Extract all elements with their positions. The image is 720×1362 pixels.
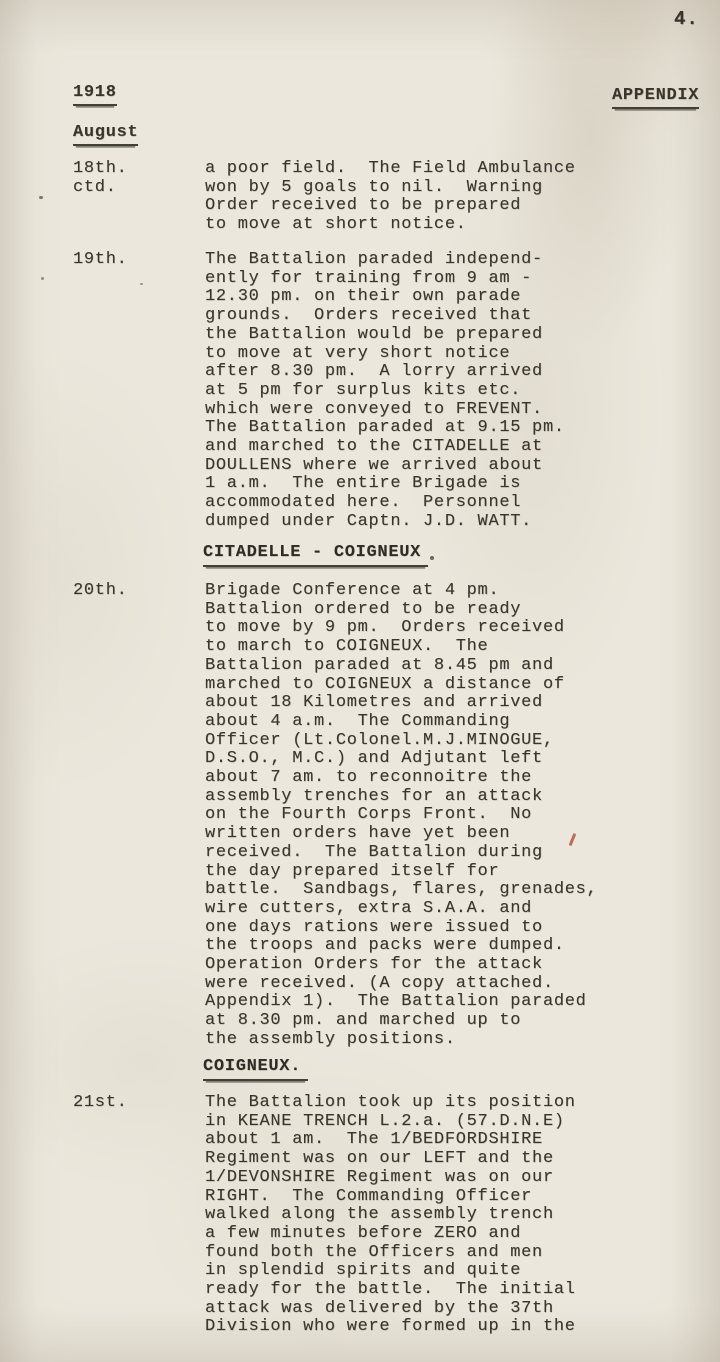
body-line: walked along the assembly trench [205, 1206, 576, 1225]
body-line: on the Fourth Corps Front. No [205, 806, 597, 825]
body-line: assembly trenches for an attack [205, 788, 597, 807]
appendix-heading-text: APPENDIX [612, 87, 699, 109]
body-line: The Battalion paraded independ- [205, 251, 565, 270]
body-line: which were conveyed to FREVENT. [205, 401, 565, 420]
body-line: Appendix 1). The Battalion paraded [205, 993, 597, 1012]
entry-body: The Battalion took up its positionin KEA… [205, 1094, 576, 1337]
body-line: DOULLENS where we arrived about [205, 457, 565, 476]
body-line: written orders have yet been [205, 825, 597, 844]
body-line: The Battalion took up its position [205, 1094, 576, 1113]
body-line: after 8.30 pm. A lorry arrived [205, 363, 565, 382]
body-line: and marched to the CITADELLE at [205, 438, 565, 457]
year-heading-text: 1918 [73, 84, 117, 106]
ink-speck-artifact [39, 196, 43, 199]
body-line: Battalion ordered to be ready [205, 601, 597, 620]
month-heading-text: August [73, 124, 138, 146]
entry-body: a poor field. The Field Ambulancewon by … [205, 160, 576, 235]
body-line: Division who were formed up in the [205, 1318, 576, 1337]
body-line: 1 a.m. The entire Brigade is [205, 475, 565, 494]
body-line: Brigade Conference at 4 pm. [205, 582, 597, 601]
body-line: to move at short notice. [205, 216, 576, 235]
section-heading-text: CITADELLE - COIGNEUX [203, 544, 428, 567]
entry-date: 19th. [73, 251, 128, 270]
body-line: the Battalion would be prepared [205, 326, 565, 345]
body-line: found both the Officers and men [205, 1244, 576, 1263]
entry-date: 18th.ctd. [73, 160, 128, 197]
ink-speck-artifact [140, 283, 143, 285]
body-line: one days rations were issued to [205, 919, 597, 938]
entry-date-line: 19th. [73, 251, 128, 270]
body-line: at 8.30 pm. and marched up to [205, 1012, 597, 1031]
entry-body: Brigade Conference at 4 pm.Battalion ord… [205, 582, 597, 1050]
body-line: battle. Sandbags, flares, grenades, [205, 881, 597, 900]
body-line: to march to COIGNEUX. The [205, 638, 597, 657]
body-line: attack was delivered by the 37th [205, 1300, 576, 1319]
body-line: D.S.O., M.C.) and Adjutant left [205, 750, 597, 769]
page-number: 4. [674, 10, 699, 29]
body-line: marched to COIGNEUX a distance of [205, 676, 597, 695]
body-line: 12.30 pm. on their own parade [205, 288, 565, 307]
document-page: 4. 1918 APPENDIX August 18th.ctd.a poor … [0, 0, 720, 1362]
body-line: won by 5 goals to nil. Warning [205, 179, 576, 198]
section-heading: CITADELLE - COIGNEUX [203, 544, 428, 567]
body-line: about 4 a.m. The Commanding [205, 713, 597, 732]
body-line: ently for training from 9 am - [205, 270, 565, 289]
body-line: Order received to be prepared [205, 197, 576, 216]
entry-date-line: 21st. [73, 1094, 128, 1113]
body-line: at 5 pm for surplus kits etc. [205, 382, 565, 401]
entry-date: 20th. [73, 582, 128, 601]
body-line: RIGHT. The Commanding Officer [205, 1188, 576, 1207]
body-line: in splendid spirits and quite [205, 1262, 576, 1281]
body-line: Operation Orders for the attack [205, 956, 597, 975]
body-line: grounds. Orders received that [205, 307, 565, 326]
body-line: accommodated here. Personnel [205, 494, 565, 513]
body-line: were received. (A copy attached. [205, 975, 597, 994]
entry-date-line: ctd. [73, 179, 128, 198]
body-line: Regiment was on our LEFT and the [205, 1150, 576, 1169]
body-line: in KEANE TRENCH L.2.a. (57.D.N.E) [205, 1113, 576, 1132]
body-line: 1/DEVONSHIRE Regiment was on our [205, 1169, 576, 1188]
month-heading: August [73, 124, 138, 146]
entry-date-line: 20th. [73, 582, 128, 601]
section-heading: COIGNEUX. [203, 1058, 308, 1081]
body-line: Officer (Lt.Colonel.M.J.MINOGUE, [205, 732, 597, 751]
body-line: the day prepared itself for [205, 863, 597, 882]
entry-date-line: 18th. [73, 160, 128, 179]
body-line: about 1 am. The 1/BEDFORDSHIRE [205, 1131, 576, 1150]
body-line: a poor field. The Field Ambulance [205, 160, 576, 179]
entry-body: The Battalion paraded independ-ently for… [205, 251, 565, 532]
appendix-heading: APPENDIX [612, 87, 699, 109]
section-heading-text: COIGNEUX. [203, 1058, 308, 1081]
body-line: the troops and packs were dumped. [205, 937, 597, 956]
year-heading: 1918 [73, 84, 117, 106]
body-line: ready for the battle. The initial [205, 1281, 576, 1300]
entry-date: 21st. [73, 1094, 128, 1113]
ink-speck-artifact [430, 556, 434, 560]
body-line: The Battalion paraded at 9.15 pm. [205, 419, 565, 438]
body-line: dumped under Captn. J.D. WATT. [205, 513, 565, 532]
body-line: a few minutes before ZERO and [205, 1225, 576, 1244]
body-line: Battalion paraded at 8.45 pm and [205, 657, 597, 676]
body-line: to move by 9 pm. Orders received [205, 619, 597, 638]
ink-speck-artifact [41, 277, 44, 280]
body-line: to move at very short notice [205, 345, 565, 364]
body-line: wire cutters, extra S.A.A. and [205, 900, 597, 919]
body-line: about 18 Kilometres and arrived [205, 694, 597, 713]
body-line: the assembly positions. [205, 1031, 597, 1050]
body-line: about 7 am. to reconnoitre the [205, 769, 597, 788]
body-line: received. The Battalion during [205, 844, 597, 863]
